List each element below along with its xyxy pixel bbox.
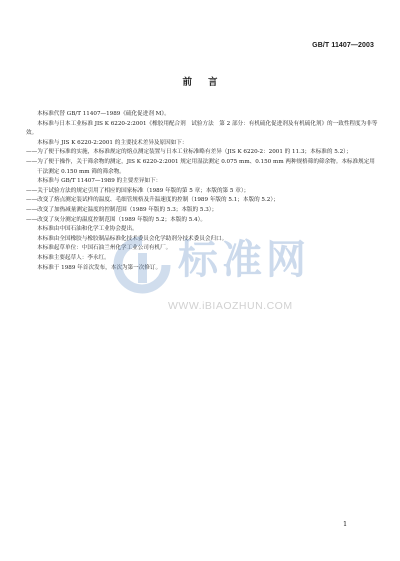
paragraph: 本标准与日本工业标准 JIS K 6220-2:2001《橡胶用配合剂 试验方法… (26, 120, 378, 139)
document-body: 本标准代替 GB/T 11407—1989《硫化促进剂 M》。 本标准与日本工业… (26, 110, 378, 273)
page-title: 前言 (0, 74, 400, 88)
list-item: ——为了便于标准的实施，本标准规定的熔点测定装置与日本工业标准略有差异（JIS … (26, 148, 378, 158)
paragraph: 本标准起草单位：中国石油兰州化学工业公司有机厂。 (26, 244, 378, 254)
list-item: ——为了便于操作，关于筛余物的测定，JIS K 6220-2:2001 规定用湿… (26, 158, 378, 177)
standard-number: GB/T 11407—2003 (312, 42, 374, 49)
list-item: ——改变了灰分测定的温度控制范围（1989 年版的 5.2；本版的 5.4）。 (26, 216, 378, 226)
list-item: ——改变了加热减量测定温度的控制范围（1989 年版的 5.3；本版的 5.3）… (26, 206, 378, 216)
list-item: ——关于试验方法的规定引用了相应的国家标准（1989 年版的第 5 章；本版的第… (26, 187, 378, 197)
paragraph: 本标准与 GB/T 11407—1989 的主要差异如下： (26, 177, 378, 187)
paragraph: 本标准主要起草人：李永红。 (26, 254, 378, 264)
paragraph: 本标准与 JIS K 6220-2:2001 的主要技术差异及原因如下： (26, 139, 378, 149)
paragraph: 本标准于 1989 年首次发布，本次为第一次修订。 (26, 264, 378, 274)
paragraph: 本标准由全国橡胶与橡胶制品标准化技术委员会化学助剂分技术委员会归口。 (26, 235, 378, 245)
list-item: ——改变了熔点测定装试样的温度、毛细管规格及升温速度的控制（1989 年版的 5… (26, 196, 378, 206)
page-number: 1 (343, 520, 347, 528)
paragraph: 本标准由中国石油和化学工业协会提出。 (26, 225, 378, 235)
paragraph: 本标准代替 GB/T 11407—1989《硫化促进剂 M》。 (26, 110, 378, 120)
watermark-url: WWW.iBIAOZHUN.COM (168, 300, 293, 312)
